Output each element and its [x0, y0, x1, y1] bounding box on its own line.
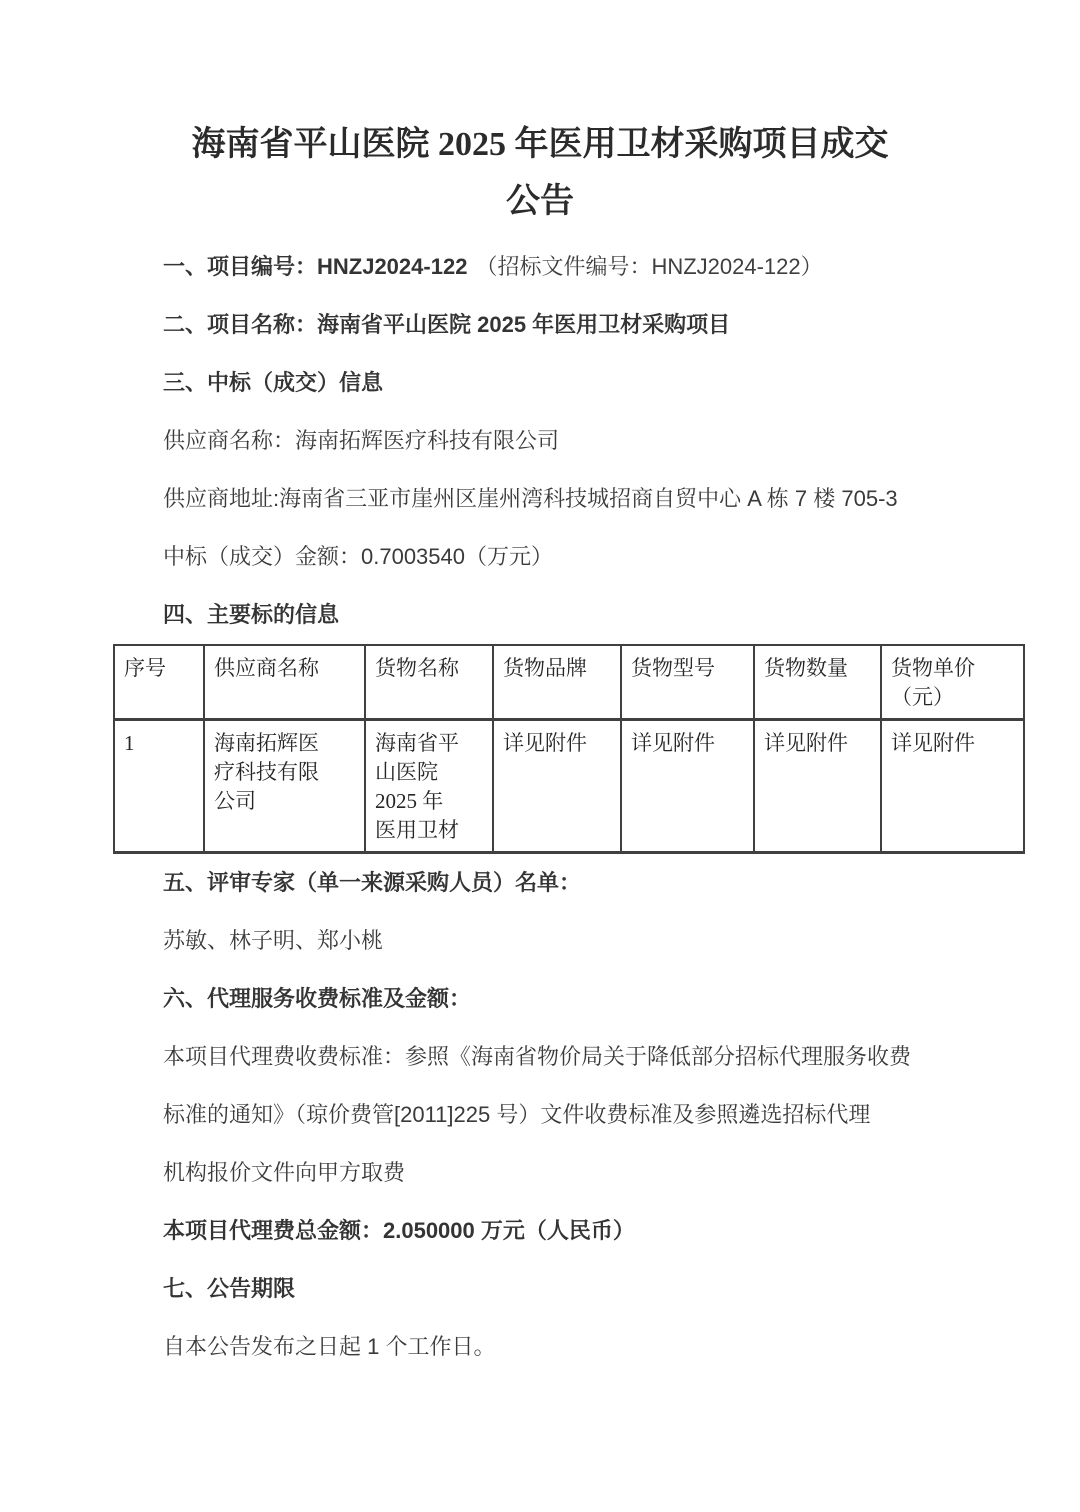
document-page: 海南省平山医院 2025 年医用卫材采购项目成交 公告 一、项目编号：HNZJ2… — [0, 0, 1080, 1512]
table-header-supplier: 供应商名称 — [204, 645, 365, 720]
page-title: 海南省平山医院 2025 年医用卫材采购项目成交 公告 — [0, 0, 1080, 230]
section-experts-heading: 五、评审专家（单一来源采购人员）名单： — [163, 854, 1022, 912]
table-row: 1 海南拓辉医 疗科技有限 公司 海南省平 山医院 2025 年 医用卫材 详见… — [114, 720, 1024, 853]
agency-fee-line3: 机构报价文件向甲方取费 — [163, 1144, 1022, 1202]
document-body: 一、项目编号：HNZJ2024-122（招标文件编号：HNZJ2024-122）… — [163, 230, 1022, 1376]
cell-supplier: 海南拓辉医 疗科技有限 公司 — [204, 720, 365, 853]
section-notice-period-heading: 七、公告期限 — [163, 1260, 1022, 1318]
cell-goods-name: 海南省平 山医院 2025 年 医用卫材 — [365, 720, 493, 853]
table-header-model: 货物型号 — [621, 645, 754, 720]
notice-period-line: 自本公告发布之日起 1 个工作日。 — [163, 1318, 1022, 1376]
section-project-number: 一、项目编号：HNZJ2024-122（招标文件编号：HNZJ2024-122） — [163, 238, 1022, 296]
table-header-unit-price: 货物单价 （元） — [881, 645, 1024, 720]
section-agency-fee-heading: 六、代理服务收费标准及金额： — [163, 970, 1022, 1028]
agency-fee-total-line: 本项目代理费总金额：2.050000 万元（人民币） — [163, 1202, 1022, 1260]
experts-names-line: 苏敏、林子明、郑小桃 — [163, 912, 1022, 970]
agency-fee-line2: 标准的通知》（琼价费管[2011]225 号）文件收费标准及参照遴选招标代理 — [163, 1086, 1022, 1144]
page-title-line2: 公告 — [0, 173, 1080, 230]
project-number-label: 一、项目编号：HNZJ2024-122 — [163, 254, 467, 279]
table-header-goods-name: 货物名称 — [365, 645, 493, 720]
cell-unit-price: 详见附件 — [881, 720, 1024, 853]
supplier-address-line: 供应商地址:海南省三亚市崖州区崖州湾科技城招商自贸中心 A 栋 7 楼 705-… — [163, 470, 1022, 528]
cell-seq: 1 — [114, 720, 204, 853]
supplier-name-line: 供应商名称：海南拓辉医疗科技有限公司 — [163, 412, 1022, 470]
cell-model: 详见附件 — [621, 720, 754, 853]
section-award-info-heading: 三、中标（成交）信息 — [163, 354, 1022, 412]
section-project-name: 二、项目名称：海南省平山医院 2025 年医用卫材采购项目 — [163, 296, 1022, 354]
table-header-seq: 序号 — [114, 645, 204, 720]
project-number-paren: （招标文件编号：HNZJ2024-122） — [475, 254, 822, 279]
page-title-line1: 海南省平山医院 2025 年医用卫材采购项目成交 — [0, 116, 1080, 173]
agency-fee-line1: 本项目代理费收费标准：参照《海南省物价局关于降低部分招标代理服务收费 — [163, 1028, 1022, 1086]
cell-brand: 详见附件 — [493, 720, 621, 853]
table-header-quantity: 货物数量 — [754, 645, 881, 720]
section-main-subject-heading: 四、主要标的信息 — [163, 586, 1022, 644]
main-subject-table: 序号 供应商名称 货物名称 货物品牌 货物型号 货物数量 货物单价 （元） 1 … — [113, 644, 1025, 854]
table-header-brand: 货物品牌 — [493, 645, 621, 720]
award-amount-line: 中标（成交）金额：0.7003540（万元） — [163, 528, 1022, 586]
cell-quantity: 详见附件 — [754, 720, 881, 853]
table-header-row: 序号 供应商名称 货物名称 货物品牌 货物型号 货物数量 货物单价 （元） — [114, 645, 1024, 720]
